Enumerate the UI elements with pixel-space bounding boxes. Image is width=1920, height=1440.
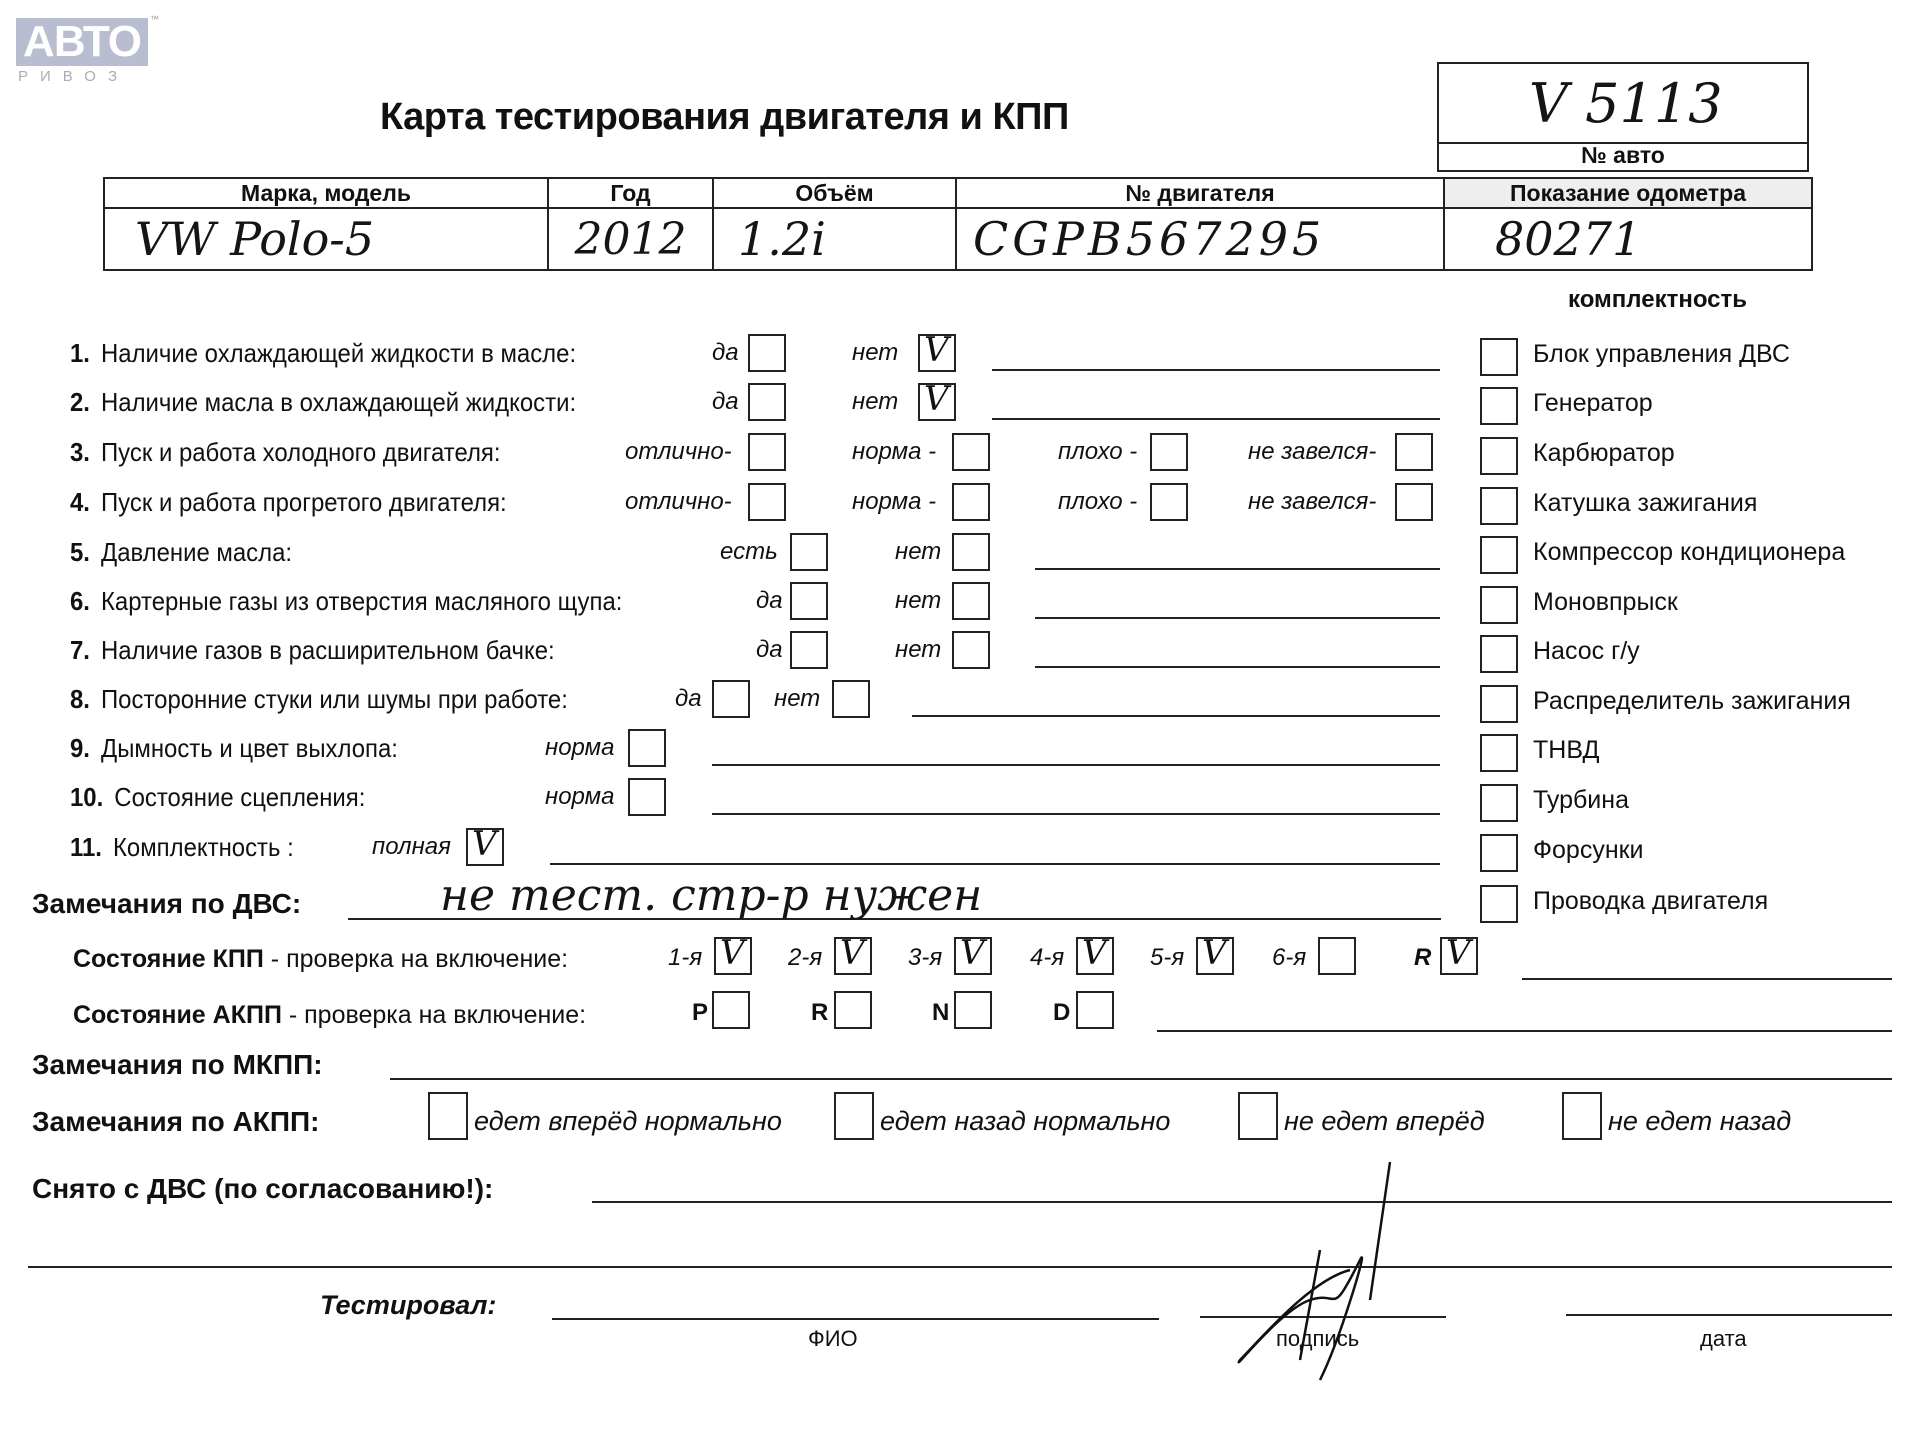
option-label: нет [895, 538, 941, 566]
option-label: да [712, 388, 739, 416]
gear-label: R [811, 999, 828, 1027]
manual-gearbox-label: Состояние КПП - проверка на включение: [73, 945, 568, 974]
gear-checkbox[interactable]: V [834, 937, 872, 975]
option-label: нет [895, 587, 941, 615]
manual-gearbox-line [1522, 978, 1892, 980]
completeness-item-label: Турбина [1533, 786, 1629, 815]
fio-caption: ФИО [808, 1326, 858, 1352]
option-checkbox[interactable] [628, 778, 666, 816]
option-label: отлично- [625, 438, 732, 466]
check-item-label: 8.Посторонние стуки или шумы при работе: [70, 684, 568, 715]
gear-checkbox[interactable] [1076, 991, 1114, 1029]
signature-scribble [1220, 1160, 1400, 1390]
check-item-label: 9.Дымность и цвет выхлопа: [70, 733, 398, 764]
option-checkbox[interactable]: V [918, 334, 956, 372]
handwritten-check-mark: V [472, 824, 497, 864]
completeness-item-label: Компрессор кондиционера [1533, 538, 1845, 567]
completeness-checkbox[interactable] [1480, 885, 1518, 923]
akpp-remark-checkbox[interactable] [834, 1092, 874, 1140]
comment-line[interactable] [712, 764, 1440, 766]
gear-label: N [932, 999, 949, 1027]
option-label: норма [545, 783, 614, 811]
option-label: плохо - [1058, 488, 1137, 516]
completeness-item-label: Проводка двигателя [1533, 887, 1768, 916]
option-checkbox[interactable] [952, 582, 990, 620]
completeness-checkbox[interactable] [1480, 734, 1518, 772]
gear-checkbox[interactable]: V [1440, 937, 1478, 975]
date-caption: дата [1700, 1326, 1747, 1352]
option-label: есть [720, 538, 778, 566]
completeness-item-label: Форсунки [1533, 836, 1644, 865]
comment-line[interactable] [992, 369, 1440, 371]
car-number-box: V 5113 [1437, 62, 1809, 144]
akpp-remark-label: едет назад нормально [880, 1106, 1170, 1137]
akpp-remark-label: не едет назад [1608, 1106, 1791, 1137]
check-item-label: 5.Давление масла: [70, 537, 292, 568]
comment-line[interactable] [912, 715, 1440, 717]
handwritten-check-mark: V [1082, 933, 1107, 973]
akpp-remark-checkbox[interactable] [1562, 1092, 1602, 1140]
completeness-checkbox[interactable] [1480, 338, 1518, 376]
gear-label: P [692, 999, 708, 1027]
year-field[interactable]: 2012 [548, 208, 713, 270]
option-label: норма - [852, 488, 936, 516]
car-number-label: № авто [1437, 140, 1809, 172]
completeness-checkbox[interactable] [1480, 635, 1518, 673]
mkpp-remarks-label: Замечания по МКПП: [32, 1049, 323, 1081]
removed-label: Снято с ДВС (по согласованию!): [32, 1173, 493, 1205]
gear-checkbox[interactable] [834, 991, 872, 1029]
gear-checkbox[interactable] [1318, 937, 1356, 975]
completeness-checkbox[interactable] [1480, 834, 1518, 872]
comment-line[interactable] [550, 863, 1440, 865]
check-item-label: 11.Комплектность : [70, 832, 294, 863]
option-checkbox[interactable] [1395, 483, 1433, 521]
column-header: № двигателя [956, 178, 1444, 208]
option-label: нет [852, 388, 898, 416]
option-checkbox[interactable] [1150, 433, 1188, 471]
option-checkbox[interactable] [748, 433, 786, 471]
completeness-checkbox[interactable] [1480, 437, 1518, 475]
option-checkbox[interactable] [628, 729, 666, 767]
gear-checkbox[interactable] [712, 991, 750, 1029]
check-item-label: 3.Пуск и работа холодного двигателя: [70, 437, 501, 468]
handwritten-check-mark: V [1202, 933, 1227, 973]
fio-field[interactable] [552, 1318, 1159, 1320]
gear-label: 2-я [788, 944, 822, 972]
odometer-field[interactable]: 80271 [1444, 208, 1812, 270]
option-checkbox[interactable] [748, 383, 786, 421]
option-label: да [675, 685, 702, 713]
option-label: не завелся- [1248, 488, 1376, 516]
completeness-checkbox[interactable] [1480, 685, 1518, 723]
akpp-remark-label: не едет вперёд [1284, 1106, 1485, 1137]
option-label: плохо - [1058, 438, 1137, 466]
gear-checkbox[interactable]: V [714, 937, 752, 975]
akpp-remark-checkbox[interactable] [1238, 1092, 1278, 1140]
option-checkbox[interactable] [1395, 433, 1433, 471]
column-header: Марка, модель [104, 178, 548, 208]
page-title: Карта тестирования двигателя и КПП [380, 96, 1069, 139]
completeness-item-label: ТНВД [1533, 736, 1599, 765]
handwritten-check-mark: V [1446, 933, 1471, 973]
option-label: норма [545, 734, 614, 762]
akpp-remark-label: едет вперёд нормально [474, 1106, 782, 1137]
handwritten-check-mark: V [840, 933, 865, 973]
akpp-remark-checkbox[interactable] [428, 1092, 468, 1140]
check-item-label: 1.Наличие охлаждающей жидкости в масле: [70, 338, 576, 369]
option-checkbox[interactable] [712, 680, 750, 718]
gear-label: D [1053, 999, 1070, 1027]
comment-line[interactable] [1035, 568, 1440, 570]
gear-label: 1-я [668, 944, 702, 972]
completeness-checkbox[interactable] [1480, 487, 1518, 525]
option-checkbox[interactable] [790, 582, 828, 620]
handwritten-check-mark: V [924, 330, 949, 370]
option-checkbox[interactable]: V [918, 383, 956, 421]
logo: АВТО [16, 18, 148, 66]
gear-checkbox[interactable]: V [1196, 937, 1234, 975]
make-model-field[interactable]: VW Polo-5 [104, 208, 548, 270]
option-label: нет [774, 685, 820, 713]
gear-checkbox[interactable]: V [954, 937, 992, 975]
mkpp-remarks-field[interactable] [390, 1078, 1892, 1080]
auto-gearbox-label: Состояние АКПП - проверка на включение: [73, 1001, 586, 1030]
handwritten-check-mark: V [924, 379, 949, 419]
vehicle-info-table: Марка, модель Год Объём № двигателя Пока… [103, 177, 1813, 271]
option-checkbox[interactable] [1150, 483, 1188, 521]
completeness-checkbox[interactable] [1480, 387, 1518, 425]
completeness-checkbox[interactable] [1480, 536, 1518, 574]
completeness-item-label: Распределитель зажигания [1533, 687, 1851, 716]
comment-line[interactable] [992, 418, 1440, 420]
option-checkbox[interactable] [748, 483, 786, 521]
column-header: Показание одометра [1444, 178, 1812, 208]
completeness-item-label: Карбюратор [1533, 439, 1675, 468]
completeness-title: комплектность [1568, 286, 1747, 314]
removed-field-line-2[interactable] [28, 1266, 1892, 1268]
engine-number-field[interactable]: CGPB567295 [956, 208, 1444, 270]
gear-checkbox[interactable] [954, 991, 992, 1029]
gear-label: R [1414, 944, 1431, 972]
check-item-label: 10.Состояние сцепления: [70, 782, 365, 813]
logo-trademark: ™ [150, 14, 159, 24]
check-item-label: 2.Наличие масла в охлаждающей жидкости: [70, 387, 576, 418]
comment-line[interactable] [712, 813, 1440, 815]
comment-line[interactable] [1035, 666, 1440, 668]
engine-remarks-field[interactable]: не тест. стр-р нужен [440, 870, 982, 921]
gear-label: 5-я [1150, 944, 1184, 972]
completeness-checkbox[interactable] [1480, 586, 1518, 624]
gear-label: 6-я [1272, 944, 1306, 972]
gear-checkbox[interactable]: V [1076, 937, 1114, 975]
option-checkbox[interactable] [790, 631, 828, 669]
option-label: не завелся- [1248, 438, 1376, 466]
completeness-item-label: Моновпрыск [1533, 588, 1678, 617]
gear-label: 3-я [908, 944, 942, 972]
completeness-item-label: Насос г/у [1533, 637, 1640, 666]
date-field[interactable] [1566, 1314, 1892, 1316]
completeness-item-label: Генератор [1533, 389, 1653, 418]
column-header: Год [548, 178, 713, 208]
check-item-label: 7.Наличие газов в расширительном бачке: [70, 635, 555, 666]
column-header: Объём [713, 178, 956, 208]
option-checkbox[interactable] [952, 433, 990, 471]
akpp-remarks-label: Замечания по АКПП: [32, 1106, 319, 1138]
logo-subtitle: РИВОЗ [18, 68, 129, 85]
option-checkbox[interactable] [790, 533, 828, 571]
option-label: нет [895, 636, 941, 664]
option-checkbox[interactable] [952, 631, 990, 669]
option-label: да [756, 587, 783, 615]
option-label: да [712, 339, 739, 367]
option-label: отлично- [625, 488, 732, 516]
option-checkbox[interactable] [952, 533, 990, 571]
option-label: норма - [852, 438, 936, 466]
engine-remarks-label: Замечания по ДВС: [32, 888, 301, 920]
check-item-label: 4.Пуск и работа прогретого двигателя: [70, 487, 507, 518]
option-checkbox[interactable] [748, 334, 786, 372]
check-item-label: 6.Картерные газы из отверстия масляного … [70, 586, 622, 617]
option-label: нет [852, 339, 898, 367]
completeness-item-label: Блок управления ДВС [1533, 340, 1790, 369]
handwritten-check-mark: V [720, 933, 745, 973]
option-checkbox[interactable] [952, 483, 990, 521]
option-label: полная [372, 833, 451, 861]
handwritten-check-mark: V [960, 933, 985, 973]
option-checkbox[interactable] [832, 680, 870, 718]
completeness-item-label: Катушка зажигания [1533, 489, 1757, 518]
gear-label: 4-я [1030, 944, 1064, 972]
volume-field[interactable]: 1.2i [713, 208, 956, 270]
option-checkbox[interactable]: V [466, 828, 504, 866]
car-number-value[interactable]: V 5113 [1529, 72, 1723, 135]
tested-by-label: Тестировал: [320, 1290, 496, 1321]
comment-line[interactable] [1035, 617, 1440, 619]
option-label: да [756, 636, 783, 664]
completeness-checkbox[interactable] [1480, 784, 1518, 822]
auto-gearbox-line [1157, 1030, 1892, 1032]
